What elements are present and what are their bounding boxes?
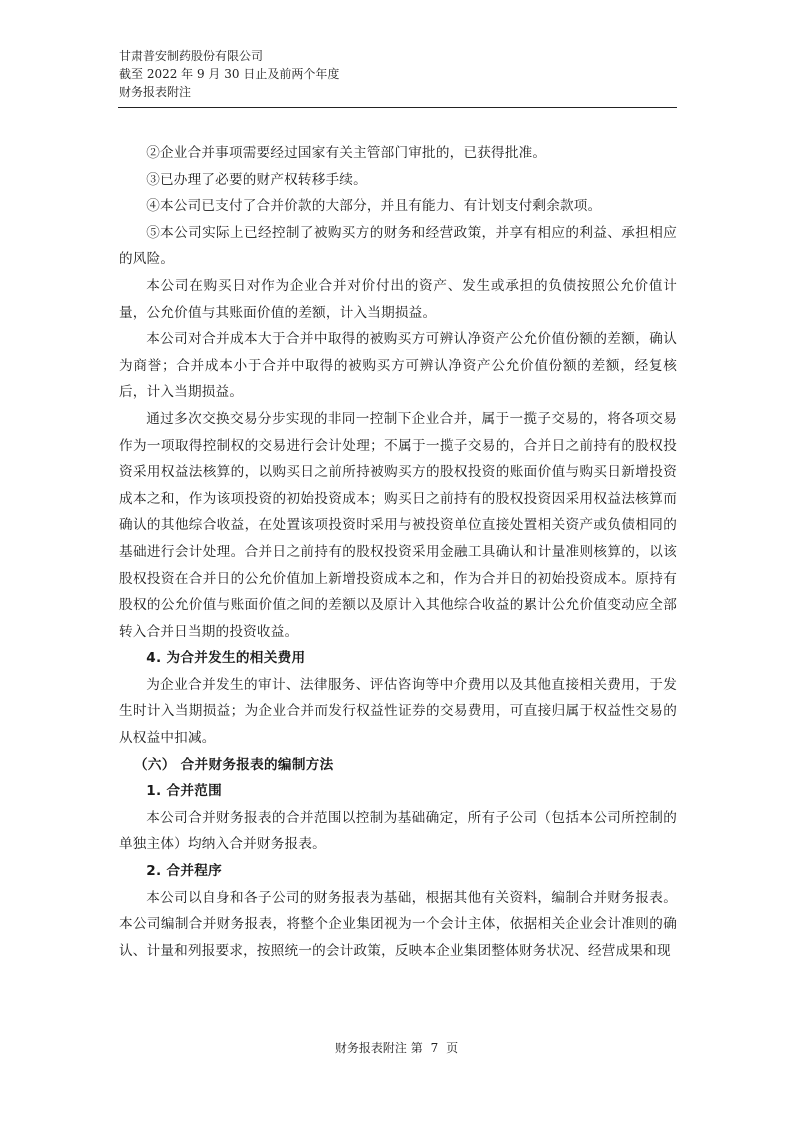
paragraph-condition-5: ⑤本公司实际上已经控制了被购买方的财务和经营政策，并享有相应的利益、承担相应的风… [119,220,677,273]
document-title: 财务报表附注 [119,83,677,101]
footer-label: 财务报表附注 [335,1041,407,1055]
paragraph-condition-3: ③已办理了必要的财产权转移手续。 [119,167,677,194]
page-header: 甘肃普安制药股份有限公司 截至 2022 年 9 月 30 日止及前两个年度 财… [119,47,677,101]
company-name: 甘肃普安制药股份有限公司 [119,47,677,65]
heading-consolidation-procedure: 2. 合并程序 [119,858,677,885]
report-period: 截至 2022 年 9 月 30 日止及前两个年度 [119,65,677,83]
header-divider [118,107,677,108]
paragraph-merger-costs: 为企业合并发生的审计、法律服务、评估咨询等中介费用以及其他直接相关费用，于发生时… [119,672,677,752]
paragraph-condition-2: ②企业合并事项需要经过国家有关主管部门审批的，已获得批准。 [119,140,677,167]
paragraph-consolidation-procedure: 本公司以自身和各子公司的财务报表为基础，根据其他有关资料，编制合并财务报表。本公… [119,885,677,965]
page-number: 7 [431,1041,439,1055]
paragraph-goodwill: 本公司对合并成本大于合并中取得的被购买方可辨认净资产公允价值份额的差额，确认为商… [119,326,677,406]
page-footer: 财务报表附注 第 7 页 [0,1039,793,1056]
footer-page-suffix: 页 [446,1041,458,1055]
heading-consolidation-scope: 1. 合并范围 [119,778,677,805]
footer-page-prefix: 第 [411,1041,423,1055]
paragraph-consolidation-scope: 本公司合并财务报表的合并范围以控制为基础确定，所有子公司（包括本公司所控制的单独… [119,805,677,858]
page-body: ②企业合并事项需要经过国家有关主管部门审批的，已获得批准。 ③已办理了必要的财产… [119,140,677,964]
section-heading-consolidation: （六） 合并财务报表的编制方法 [119,752,677,779]
heading-merger-costs: 4. 为合并发生的相关费用 [119,645,677,672]
paragraph-condition-4: ④本公司已支付了合并价款的大部分，并且有能力、有计划支付剩余款项。 [119,193,677,220]
paragraph-step-acquisition: 通过多次交换交易分步实现的非同一控制下企业合并，属于一揽子交易的，将各项交易作为… [119,406,677,645]
paragraph-fair-value: 本公司在购买日对作为企业合并对价付出的资产、发生或承担的负债按照公允价值计量，公… [119,273,677,326]
